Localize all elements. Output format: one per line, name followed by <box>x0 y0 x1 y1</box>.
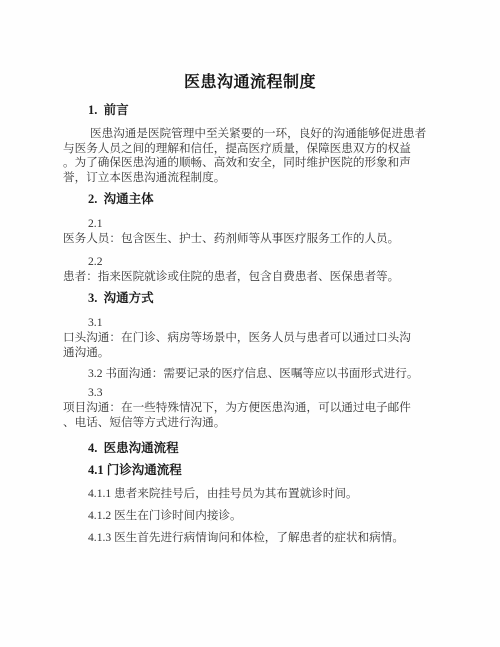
text-line: 4.1.3 医生首先进行病情询问和体检，了解患者的症状和病情。 <box>88 530 437 545</box>
text-line: 3. 沟通方式 <box>88 290 437 307</box>
text-line: 4.1.2 医生在门诊时间内接诊。 <box>88 508 437 523</box>
sub-section-heading: 4.1 门诊沟通流程 <box>88 462 437 479</box>
paragraph: 医患沟通是医院管理中至关紧要的一环，良好的沟通能够促进患者与医务人员之间的理解和… <box>63 127 437 185</box>
text-line: 与医务人员之间的理解和信任，提高医疗质量，保障医患双方的权益 <box>63 142 437 157</box>
text-line: 项目沟通：在一些特殊情况下，为方便医患沟通，可以通过电子邮件 <box>63 400 437 415</box>
document-body: 医患沟通流程制度 1. 前言医患沟通是医院管理中至关紧要的一环，良好的沟通能够促… <box>0 0 500 545</box>
text-line: 3.3 <box>63 385 437 400</box>
text-line: 口头沟通：在门诊、病房等场景中，医务人员与患者可以通过口头沟 <box>63 330 437 345</box>
numbered-paragraph: 3.3项目沟通：在一些特殊情况下，为方便医患沟通，可以通过电子邮件、电话、短信等… <box>63 385 437 430</box>
text-line: 1. 前言 <box>88 102 437 119</box>
section-heading: 2. 沟通主体 <box>88 191 437 208</box>
text-line: 。为了确保医患沟通的顺畅、高效和安全，同时维护医院的形象和声 <box>63 156 437 171</box>
text-line: 2. 沟通主体 <box>88 191 437 208</box>
document-page: 医患沟通流程制度 1. 前言医患沟通是医院管理中至关紧要的一环，良好的沟通能够促… <box>0 0 500 647</box>
text-line: 医患沟通是医院管理中至关紧要的一环，良好的沟通能够促进患者 <box>63 127 437 142</box>
list-item: 4.1.3 医生首先进行病情询问和体检，了解患者的症状和病情。 <box>88 530 437 545</box>
text-line: 、电话、短信等方式进行沟通。 <box>63 415 437 430</box>
section-heading: 4. 医患沟通流程 <box>88 440 437 457</box>
text-line: 3.1 <box>63 315 437 330</box>
text-line: 誉，订立本医患沟通流程制度。 <box>63 171 437 186</box>
page-title: 医患沟通流程制度 <box>63 72 437 94</box>
text-line: 通沟通。 <box>63 345 437 360</box>
section-heading: 3. 沟通方式 <box>88 290 437 307</box>
text-line: 2.1 <box>63 216 437 231</box>
numbered-paragraph: 2.2患者：指来医院就诊或住院的患者，包含自费患者、医保患者等。 <box>63 254 437 284</box>
list-item: 4.1.1 患者来院挂号后，由挂号员为其布置就诊时间。 <box>88 486 437 501</box>
text-line: 医务人员：包含医生、护士、药剂师等从事医疗服务工作的人员。 <box>63 231 437 246</box>
text-line: 3.2 书面沟通：需要记录的医疗信息、医嘱等应以书面形式进行。 <box>88 366 437 381</box>
numbered-paragraph: 2.1医务人员：包含医生、护士、药剂师等从事医疗服务工作的人员。 <box>63 216 437 246</box>
text-line: 4.1 门诊沟通流程 <box>88 462 437 479</box>
text-line: 患者：指来医院就诊或住院的患者，包含自费患者、医保患者等。 <box>63 269 437 284</box>
text-line: 2.2 <box>63 254 437 269</box>
text-line: 4.1.1 患者来院挂号后，由挂号员为其布置就诊时间。 <box>88 486 437 501</box>
list-item: 4.1.2 医生在门诊时间内接诊。 <box>88 508 437 523</box>
list-item: 3.2 书面沟通：需要记录的医疗信息、医嘱等应以书面形式进行。 <box>88 366 437 381</box>
text-line: 4. 医患沟通流程 <box>88 440 437 457</box>
numbered-paragraph: 3.1口头沟通：在门诊、病房等场景中，医务人员与患者可以通过口头沟通沟通。 <box>63 315 437 360</box>
section-heading: 1. 前言 <box>88 102 437 119</box>
